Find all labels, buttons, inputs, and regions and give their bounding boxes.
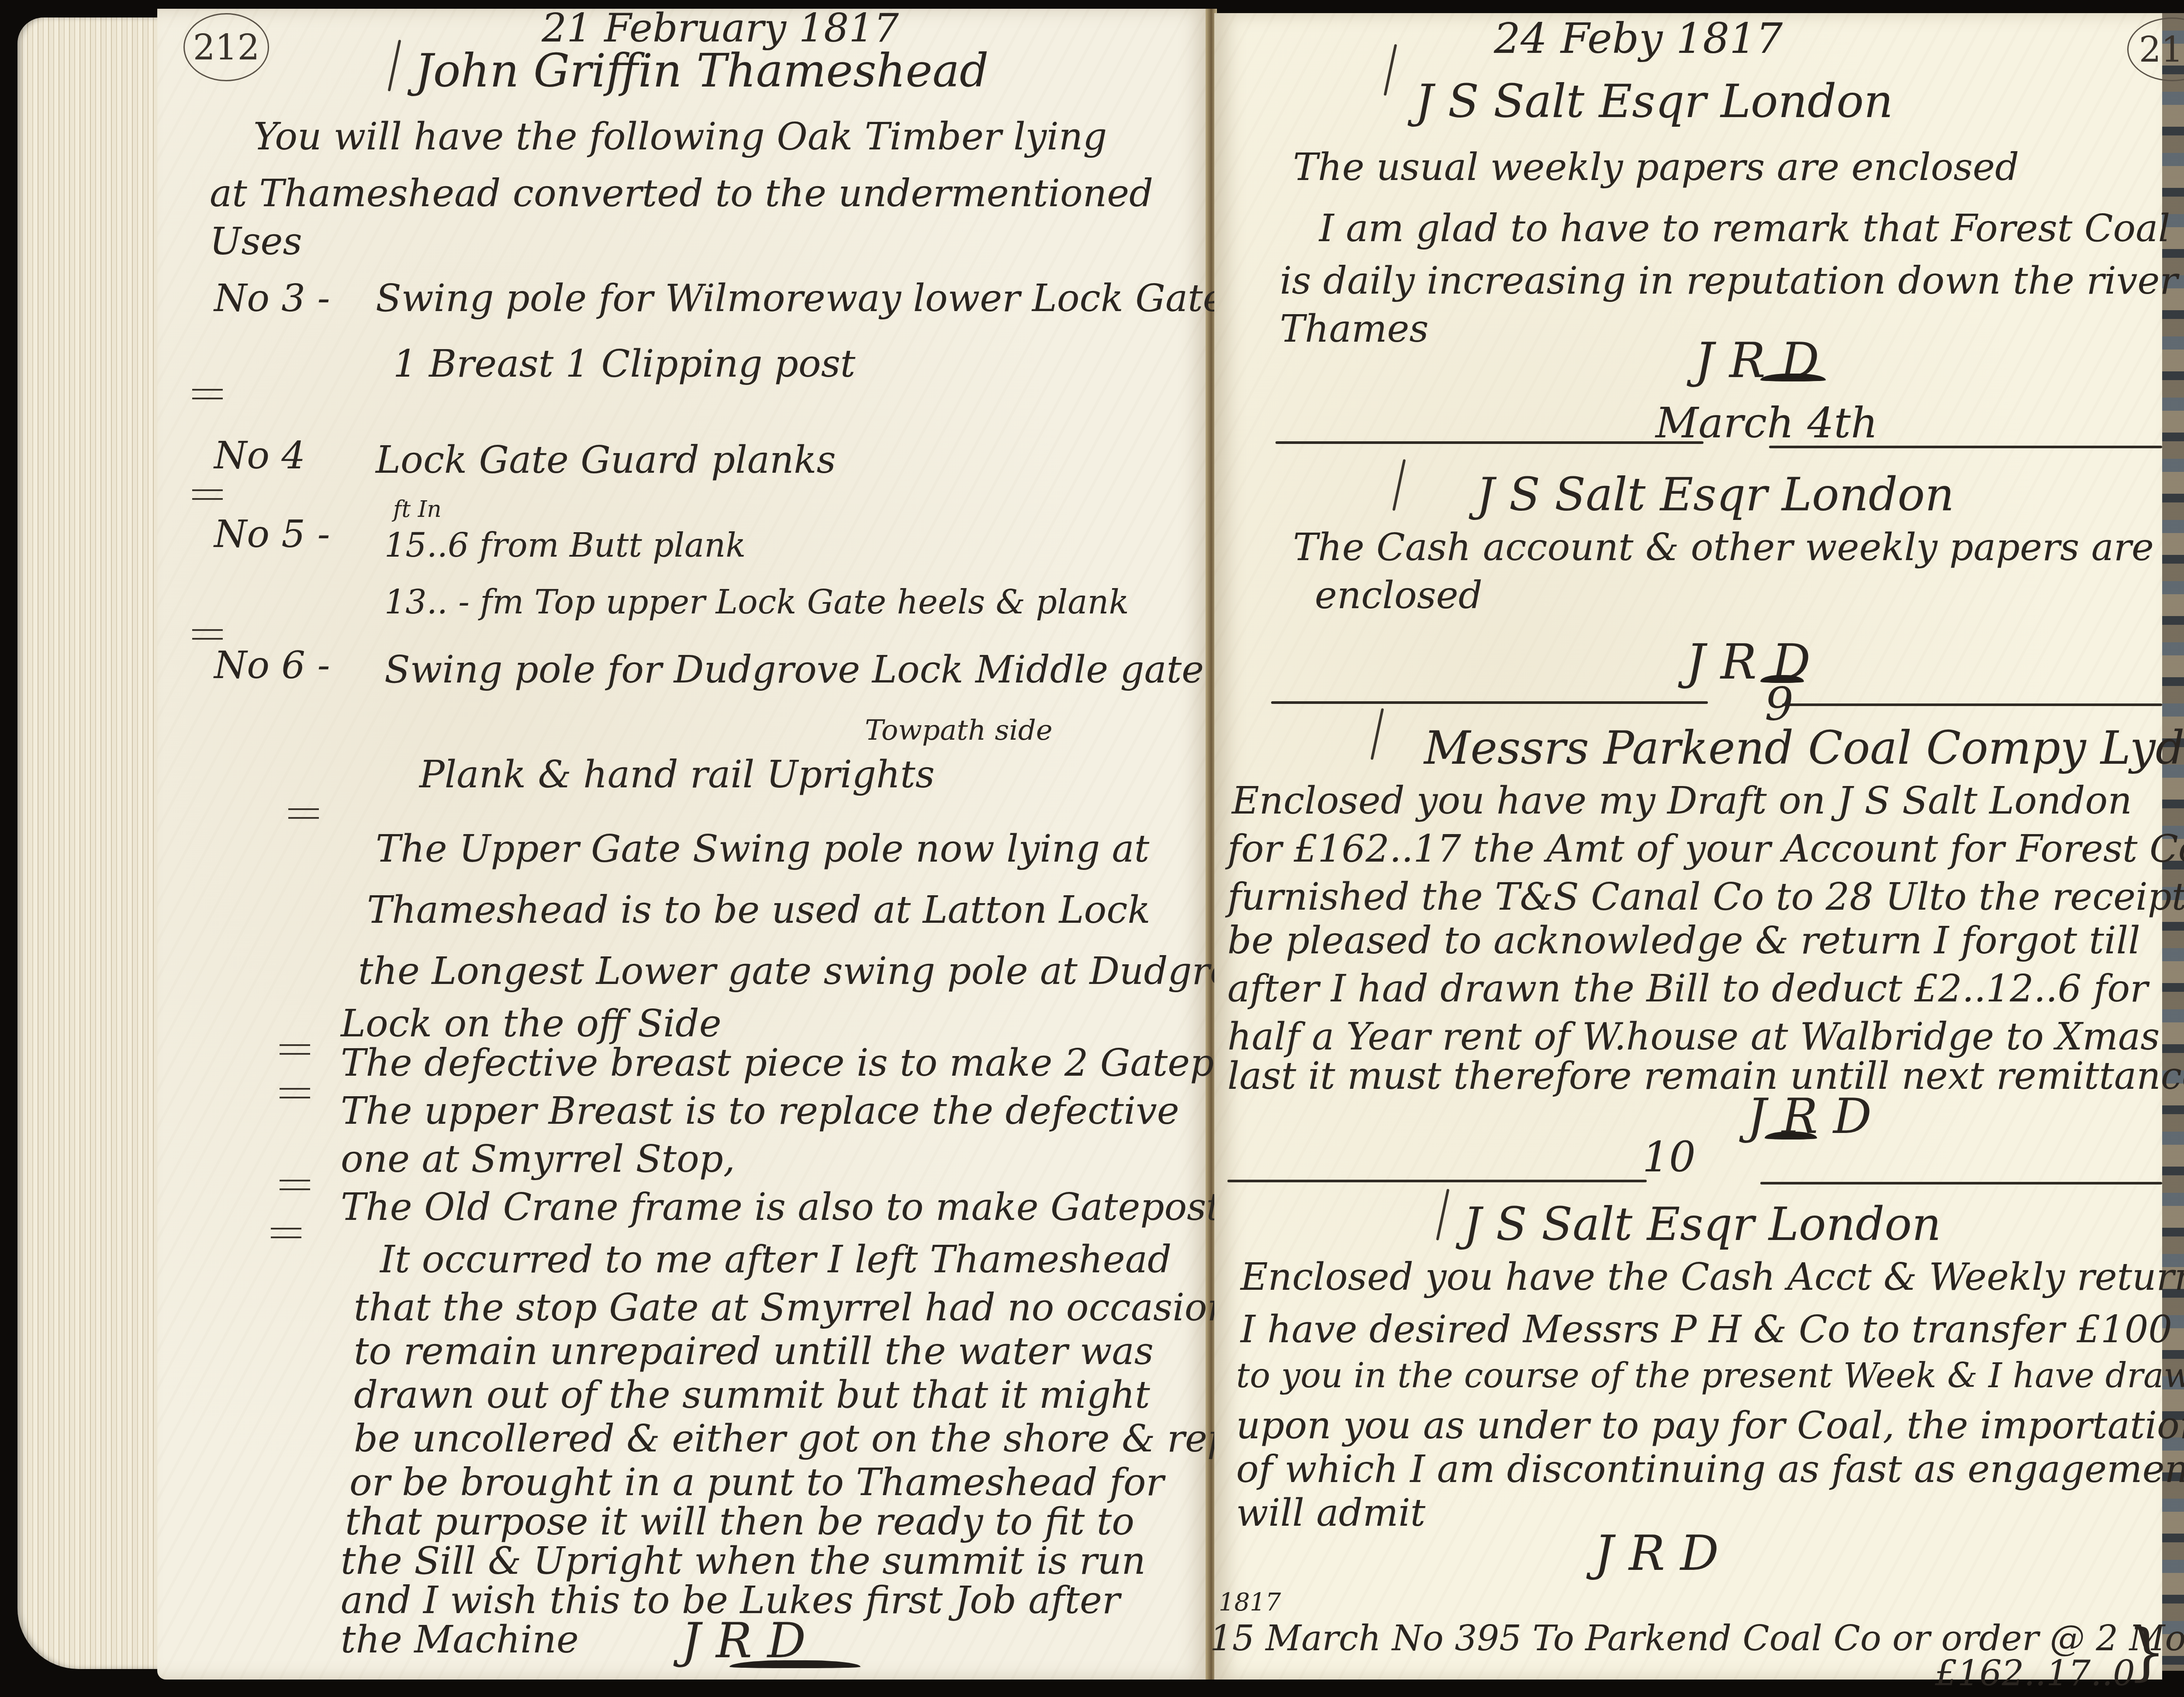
item-line: 1 Breast 1 Clipping post xyxy=(393,345,855,383)
letter-addressee: John Griffin Thameshead xyxy=(415,48,988,94)
entry-divider xyxy=(1782,703,2162,706)
ditto-mark xyxy=(288,808,319,819)
letter-date: March 4th xyxy=(1655,402,1878,444)
letter-body-line: Thames xyxy=(1280,310,1429,348)
item-line: Plank & hand rail Uprights xyxy=(419,756,935,793)
intro-line: You will have the following Oak Timber l… xyxy=(253,118,1107,156)
ditto-mark xyxy=(192,389,223,399)
paragraph-line: one at Smyrrel Stop, xyxy=(341,1140,735,1178)
ledger-line: 15 March No 395 To Parkend Coal Co or or… xyxy=(1210,1621,2184,1656)
letter-body-line: for £162..17 the Amt of your Account for… xyxy=(1227,830,2184,868)
item-number: No 6 - xyxy=(214,647,330,684)
intro-line: Uses xyxy=(210,223,302,260)
letter-addressee: J S Salt Esqr London xyxy=(1415,79,1893,124)
letter-date: 24 Feby 1817 xyxy=(1494,17,1783,59)
letter-body-line: The Cash account & other weekly papers a… xyxy=(1293,529,2154,566)
ditto-mark xyxy=(271,1228,301,1238)
paragraph-line: The upper Breast is to replace the defec… xyxy=(341,1092,1179,1130)
letter-body-line: Enclosed you have my Draft on J S Salt L… xyxy=(1232,782,2132,820)
entry-divider xyxy=(1271,701,1708,704)
signature: J R D xyxy=(1594,1529,1719,1577)
ditto-mark xyxy=(280,1180,310,1190)
intro-line: at Thameshead converted to the underment… xyxy=(210,175,1153,212)
item-line: 13.. - fm Top upper Lock Gate heels & pl… xyxy=(384,585,1129,619)
letter-date: 10 xyxy=(1642,1136,1696,1178)
paragraph-line: be uncollered & either got on the shore … xyxy=(354,1420,1330,1458)
item-number: No 4 xyxy=(214,437,305,474)
letter-body-line: after I had drawn the Bill to deduct £2.… xyxy=(1227,970,2148,1008)
paragraph-line: The Upper Gate Swing pole now lying at xyxy=(376,830,1149,868)
letter-body-line: I have desired Messrs P H & Co to transf… xyxy=(1241,1311,2172,1348)
signature-flourish xyxy=(729,1660,860,1668)
entry-divider xyxy=(1227,1180,1647,1182)
letter-body-line: upon you as under to pay for Coal, the i… xyxy=(1236,1407,2184,1444)
entry-divider xyxy=(1760,1182,2162,1184)
page-stack-edge xyxy=(17,17,162,1669)
item-note: Towpath side xyxy=(865,717,1053,745)
item-line: 15..6 from Butt plank xyxy=(384,529,746,562)
paragraph-line: the Sill & Upright when the summit is ru… xyxy=(341,1542,1146,1580)
paragraph-line: Lock on the off Side xyxy=(341,1005,722,1042)
letter-addressee: J S Salt Esqr London xyxy=(1476,472,1954,517)
letter-date: 9 xyxy=(1765,682,1794,727)
paragraph-line: the Longest Lower gate swing pole at Dud… xyxy=(358,952,1276,990)
item-line: Lock Gate Guard planks xyxy=(376,441,836,479)
paragraph-line: or be brought in a punt to Thameshead fo… xyxy=(349,1464,1164,1501)
ditto-mark xyxy=(192,489,223,500)
letter-addressee: J S Salt Esqr London xyxy=(1463,1202,1941,1247)
paragraph-line: The Old Crane frame is also to make Gate… xyxy=(341,1188,1241,1226)
letter-body-line: I am glad to have to remark that Forest … xyxy=(1319,210,2170,247)
units-label: ft In xyxy=(393,498,442,521)
letter-body-line: half a Year rent of W.house at Walbridge… xyxy=(1227,1018,2160,1056)
letter-body-line: is daily increasing in reputation down t… xyxy=(1280,262,2178,300)
letter-addressee: Messrs Parkend Coal Compy Lydney xyxy=(1424,725,2184,771)
letter-body-line: will admit xyxy=(1236,1494,1425,1532)
page-number-left: 212 xyxy=(183,13,269,81)
paragraph-line: to remain unrepaired untill the water wa… xyxy=(354,1333,1154,1370)
paragraph-line: Thameshead is to be used at Latton Lock xyxy=(367,891,1151,929)
item-number: No 3 - xyxy=(214,280,330,317)
ditto-mark xyxy=(280,1044,310,1055)
item-line: Swing pole for Dudgrove Lock Middle gate xyxy=(384,651,1204,689)
letter-book-spread: 212 21 February 1817 John Griffin Thames… xyxy=(0,0,2184,1697)
letter-body-line: enclosed xyxy=(1315,577,1482,614)
paragraph-line: that the stop Gate at Smyrrel had no occ… xyxy=(354,1289,1231,1326)
ditto-mark xyxy=(280,1088,310,1098)
letter-body-line: last it must therefore remain untill nex… xyxy=(1227,1057,2184,1095)
letter-body-line: of which I am discontinuing as fast as e… xyxy=(1236,1451,2184,1488)
signature-flourish xyxy=(1765,1132,1817,1139)
paragraph-line: drawn out of the summit but that it migh… xyxy=(354,1376,1150,1414)
letter-date: 21 February 1817 xyxy=(542,9,899,48)
ledger-year: 1817 xyxy=(1219,1590,1281,1615)
entry-divider xyxy=(1275,441,1704,444)
ledger-amount: £162..17..0 xyxy=(1935,1656,2135,1691)
letter-body-line: furnished the T&S Canal Co to 28 Ulto th… xyxy=(1227,878,2184,916)
signature: J R D xyxy=(681,1617,806,1665)
letter-body-line: The usual weekly papers are enclosed xyxy=(1293,149,2019,186)
item-line: Swing pole for Wilmoreway lower Lock Gat… xyxy=(376,280,1225,317)
paragraph-line: the Machine xyxy=(341,1621,579,1659)
signature-flourish xyxy=(1760,374,1826,381)
ditto-mark xyxy=(192,629,223,640)
brace-icon: } xyxy=(2127,1617,2166,1688)
paragraph-line: The defective breast piece is to make 2 … xyxy=(341,1044,1290,1082)
paragraph-line: that purpose it will then be ready to fi… xyxy=(345,1503,1134,1541)
paragraph-line: It occurred to me after I left Thameshea… xyxy=(380,1241,1171,1278)
letter-body-line: Enclosed you have the Cash Acct & Weekly… xyxy=(1241,1258,2184,1296)
letter-body-line: to you in the course of the present Week… xyxy=(1236,1359,2184,1393)
letter-body-line: be pleased to acknowledge & return I for… xyxy=(1227,922,2140,959)
item-number: No 5 - xyxy=(214,516,330,553)
